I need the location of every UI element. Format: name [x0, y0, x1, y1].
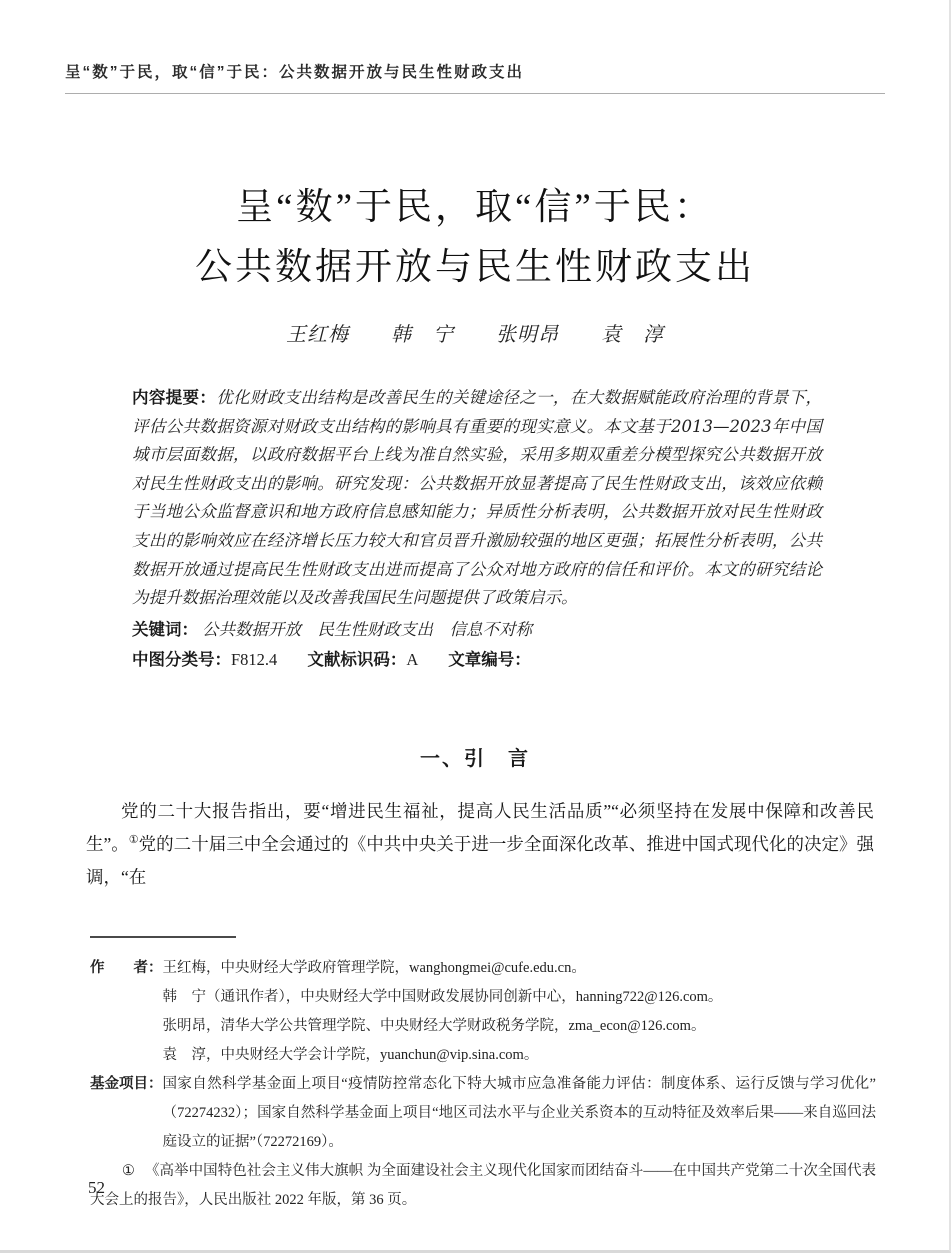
footnote-1: ①《高举中国特色社会主义伟大旗帜 为全面建设社会主义现代化国家而团结奋斗——在中… — [90, 1157, 876, 1215]
author-note-line-4: 袁 淳，中央财经大学会计学院，yuanchun@vip.sina.com。 — [163, 1041, 877, 1070]
author-note-line-3: 张明昂，清华大学公共管理学院、中央财经大学财政税务学院，zma_econ@126… — [163, 1012, 877, 1041]
author-note-content: 王红梅，中央财经大学政府管理学院，wanghongmei@cufe.edu.cn… — [163, 954, 877, 1070]
author-note-label: 作 者： — [90, 954, 163, 983]
article-title: 呈“数”于民，取“信”于民： 公共数据开放与民生性财政支出 — [80, 178, 870, 298]
author-note-line-2: 韩 宁（通讯作者），中央财经大学中国财政发展协同创新中心，hanning722@… — [163, 983, 877, 1012]
abstract-paragraph: 内容提要：优化财政支出结构是改善民生的关键途径之一，在大数据赋能政府治理的背景下… — [132, 384, 822, 613]
paper-page: 呈“数”于民，取“信”于民：公共数据开放与民生性财政支出 呈“数”于民，取“信”… — [0, 0, 951, 1253]
author-note-row: 作 者： 王红梅，中央财经大学政府管理学院，wanghongmei@cufe.e… — [90, 954, 876, 1070]
section-title-introduction: 一、引 言 — [80, 742, 870, 771]
author-note-line-1: 王红梅，中央财经大学政府管理学院，wanghongmei@cufe.edu.cn… — [163, 954, 877, 983]
keywords-label: 关键词： — [132, 621, 198, 639]
clc-label: 中图分类号： — [132, 651, 231, 669]
article-title-line2: 公共数据开放与民生性财政支出 — [80, 238, 870, 298]
fund-label: 基金项目： — [90, 1070, 163, 1099]
footnote-divider — [90, 936, 236, 938]
page-number: 52 — [88, 1178, 105, 1198]
abstract-block: 内容提要：优化财政支出结构是改善民生的关键途径之一，在大数据赋能政府治理的背景下… — [132, 384, 822, 675]
classification-line: 中图分类号：F812.4文献标识码：A文章编号： — [132, 646, 822, 675]
article-title-line1: 呈“数”于民，取“信”于民： — [80, 178, 870, 238]
fund-text: 国家自然科学基金面上项目“疫情防控常态化下特大城市应急准备能力评估：制度体系、运… — [163, 1070, 877, 1157]
footnote-area: 作 者： 王红梅，中央财经大学政府管理学院，wanghongmei@cufe.e… — [90, 936, 876, 1215]
doc-code-label: 文献标识码： — [307, 651, 406, 669]
keywords-line: 关键词：公共数据开放 民生性财政支出 信息不对称 — [132, 616, 822, 645]
abstract-label: 内容提要： — [132, 389, 216, 407]
fund-note-row: 基金项目： 国家自然科学基金面上项目“疫情防控常态化下特大城市应急准备能力评估：… — [90, 1070, 876, 1157]
footnote-1-marker: ① — [122, 1163, 135, 1179]
clc-value: F812.4 — [231, 650, 277, 669]
abstract-text: 优化财政支出结构是改善民生的关键途径之一，在大数据赋能政府治理的背景下，评估公共… — [132, 388, 822, 607]
footnote-ref-1: ① — [129, 834, 139, 846]
body-text-cont: 党的二十届三中全会通过的《中共中央关于进一步全面深化改革、推进中国式现代化的决定… — [86, 834, 874, 887]
running-head: 呈“数”于民，取“信”于民：公共数据开放与民生性财政支出 — [65, 60, 885, 82]
header-divider — [65, 93, 885, 94]
body-paragraph-1: 党的二十大报告指出，要“增进民生福祉，提高人民生活品质”“必须坚持在发展中保障和… — [86, 795, 874, 894]
author-names: 王红梅 韩 宁 张明昂 袁 淳 — [80, 318, 870, 347]
page-header: 呈“数”于民，取“信”于民：公共数据开放与民生性财政支出 — [65, 60, 885, 94]
footnote-1-text: 《高举中国特色社会主义伟大旗帜 为全面建设社会主义现代化国家而团结奋斗——在中国… — [90, 1163, 876, 1208]
article-id-label: 文章编号： — [448, 651, 531, 669]
doc-code-value: A — [406, 650, 418, 669]
keywords-text: 公共数据开放 民生性财政支出 信息不对称 — [202, 620, 532, 639]
